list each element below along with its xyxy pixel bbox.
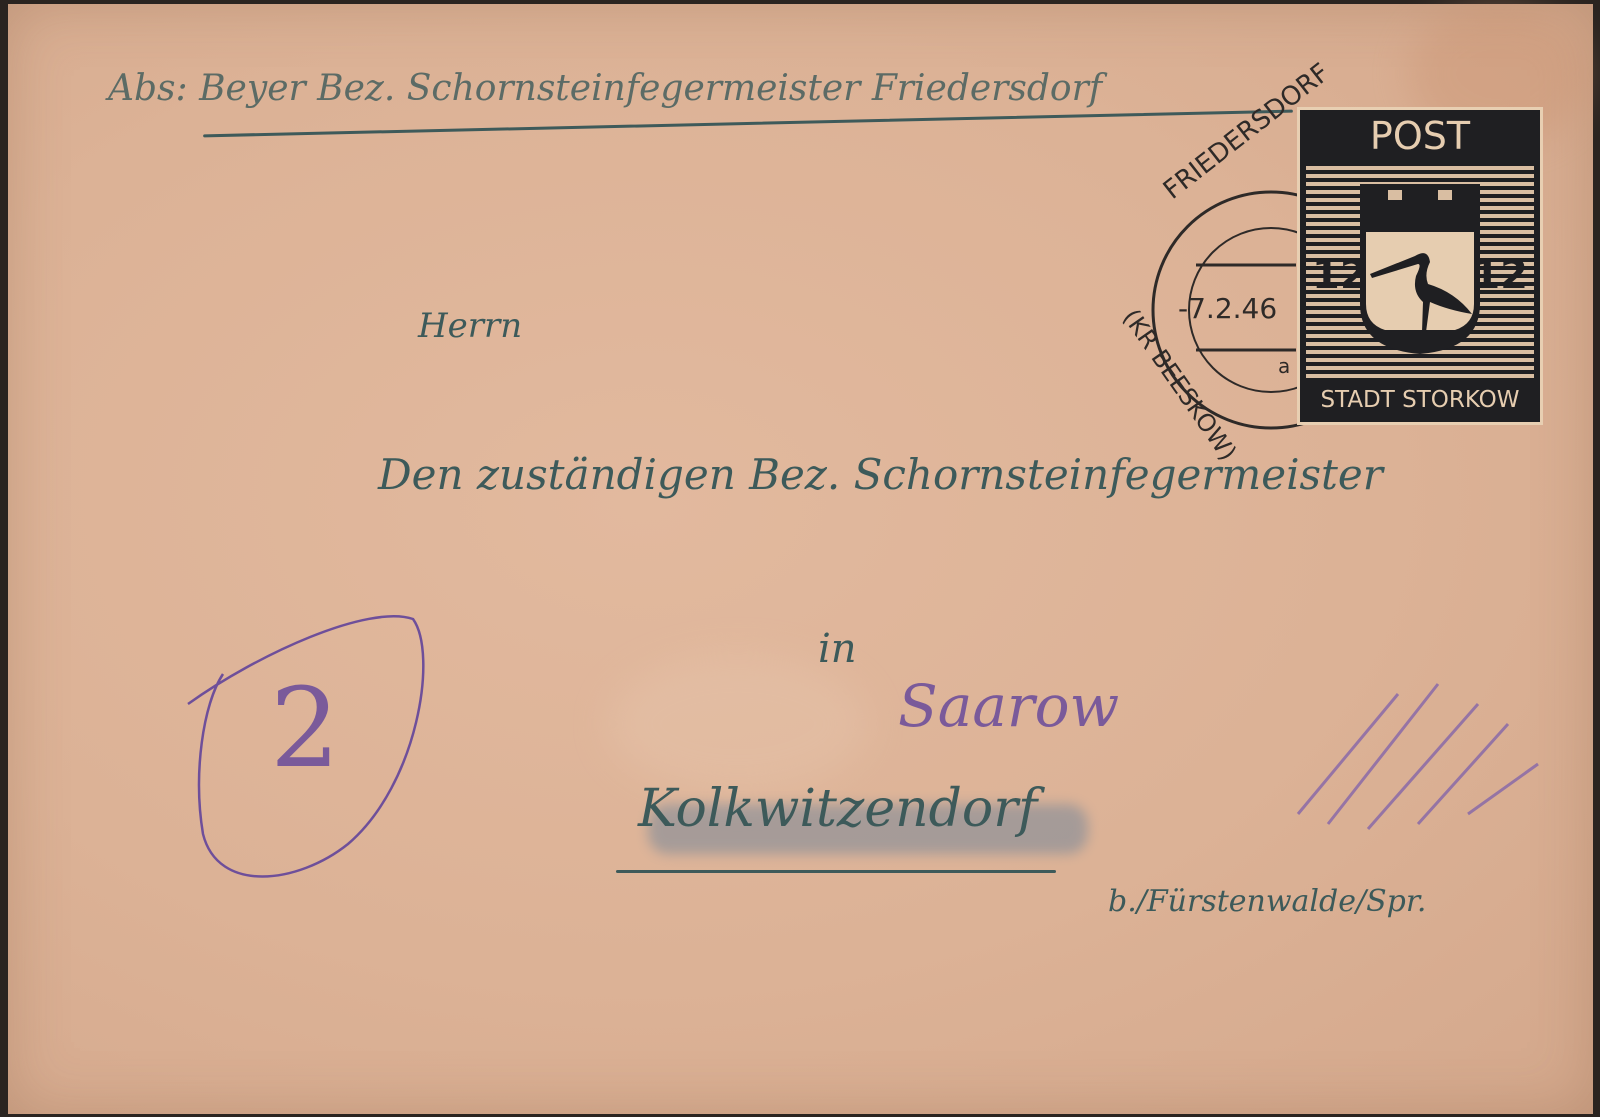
struck-town: Saarow bbox=[898, 672, 1119, 740]
recipient-line: Den zuständigen Bez. Schornsteinfegermei… bbox=[378, 450, 1383, 499]
marking-number: 2 bbox=[270, 664, 340, 792]
envelope: Abs: Beyer Bez. Schornsteinfegermeister … bbox=[8, 4, 1593, 1114]
salutation: Herrn bbox=[418, 306, 522, 346]
postmark-letter: a bbox=[1278, 354, 1290, 378]
town: Kolkwitzendorf bbox=[638, 779, 1037, 839]
stamp-frame: POST 12 12 STADT STORKOW bbox=[1300, 110, 1540, 422]
postage-stamp: POST 12 12 STADT STORKOW bbox=[1300, 110, 1540, 422]
stamp-value-right: 12 bbox=[1472, 252, 1528, 298]
paper-stain bbox=[608, 654, 868, 794]
sender-line: Abs: Beyer Bez. Schornsteinfegermeister … bbox=[108, 68, 1102, 109]
strike-through-marks bbox=[1278, 664, 1558, 834]
stamp-post-text: POST bbox=[1300, 110, 1540, 160]
preposition: in bbox=[818, 626, 857, 672]
stamp-value-left: 12 bbox=[1312, 252, 1368, 298]
town-underline bbox=[616, 870, 1056, 873]
sender-underline bbox=[203, 110, 1293, 138]
town-suffix: b./Fürstenwalde/Spr. bbox=[1108, 884, 1426, 919]
stamp-town-text: STADT STORKOW bbox=[1300, 378, 1540, 422]
postmark-date: -7.2.46 bbox=[1178, 292, 1277, 325]
stork-shield-icon bbox=[1360, 184, 1480, 354]
